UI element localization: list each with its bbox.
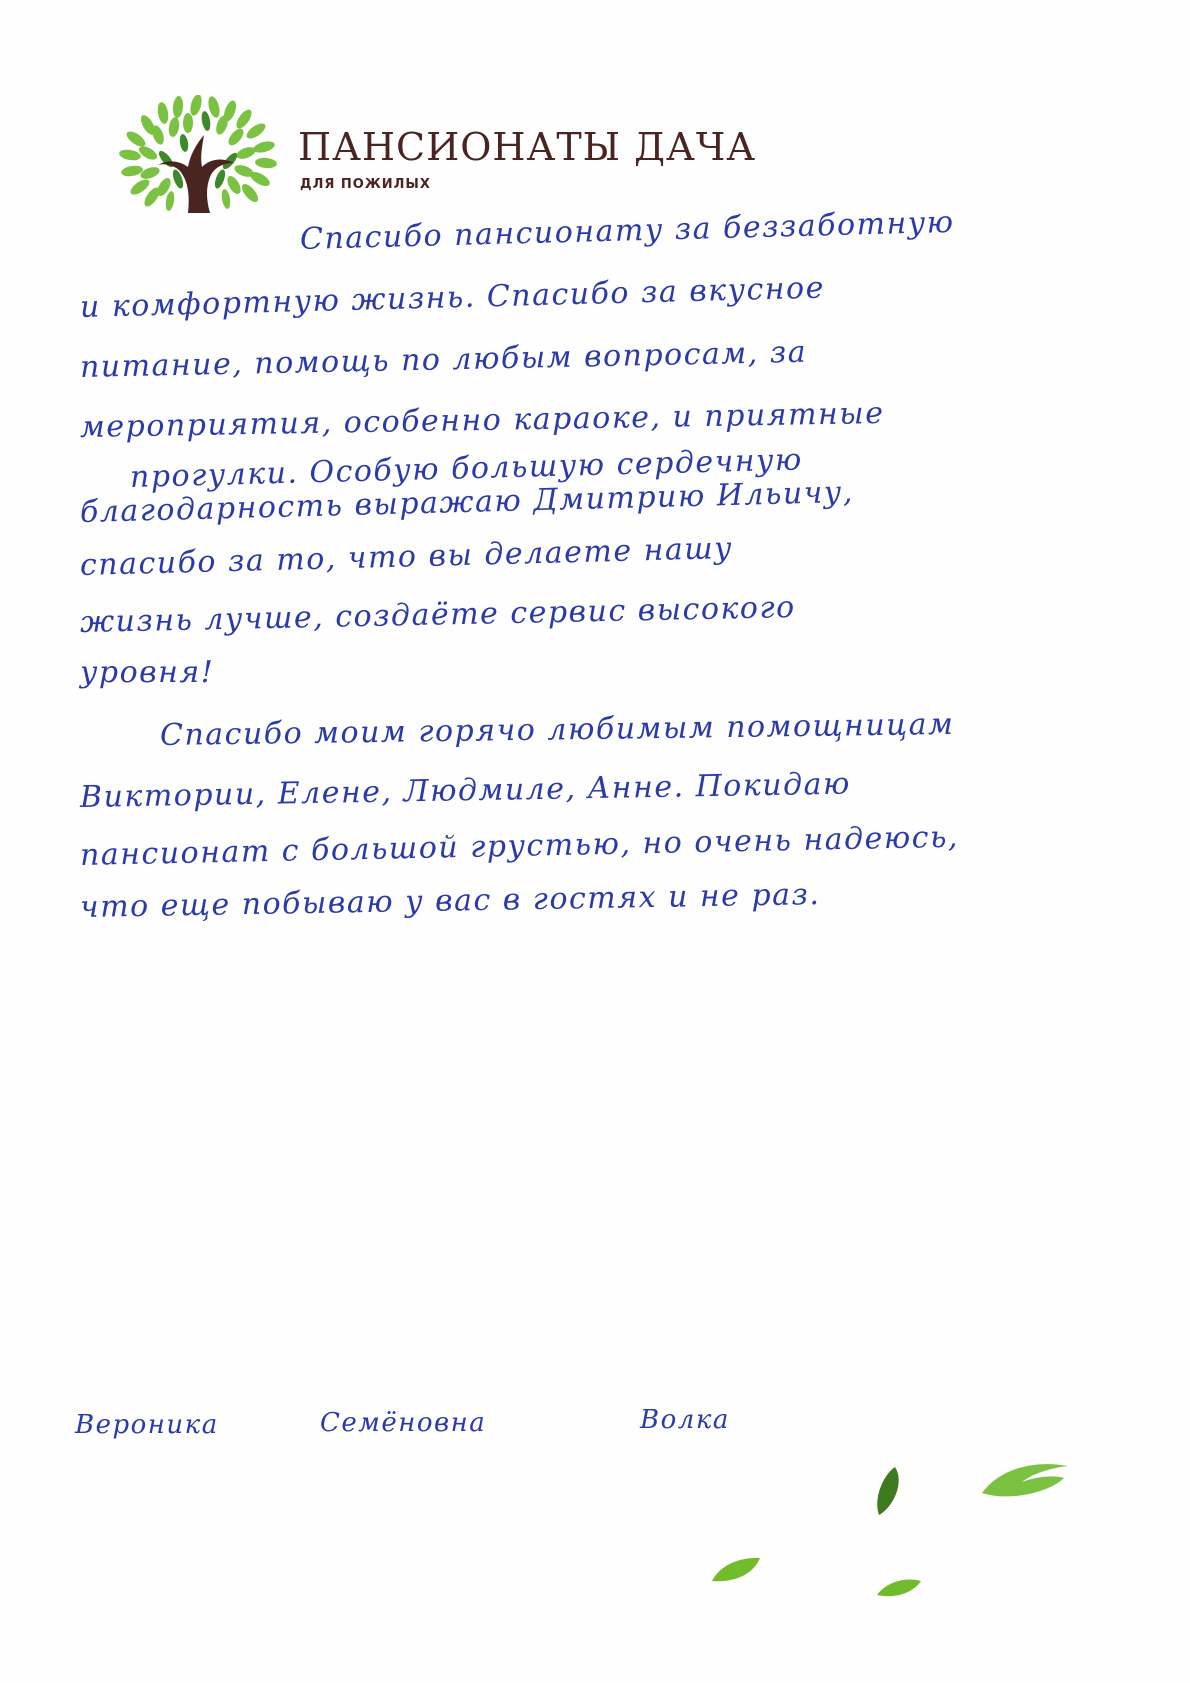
signature-patronymic: Семёновна	[320, 1408, 486, 1438]
leaf-icon	[980, 1460, 1070, 1505]
letter-line: Спасибо моим горячо любимым помощницам	[160, 707, 955, 753]
letter-page: ПАНСИОНАТЫ ДАЧА ДЛЯ ПОЖИЛЫХ Спасибо панс…	[0, 0, 1190, 1683]
leaf-icon	[875, 1575, 923, 1599]
letter-line: питание, помощь по любым вопросам, за	[80, 335, 808, 385]
letter-line: Виктории, Елене, Людмиле, Анне. Покидаю	[80, 767, 851, 815]
signature-mark: Волка	[640, 1405, 730, 1435]
letter-line: уровня!	[80, 655, 214, 690]
tree-logo-icon	[118, 95, 278, 213]
leaf-icon	[710, 1555, 762, 1583]
brand-title: ПАНСИОНАТЫ ДАЧА	[298, 125, 756, 169]
letter-line: что еще побываю у вас в гостях и не раз.	[80, 877, 821, 925]
leaf-icon	[875, 1465, 905, 1517]
letter-line: мероприятия, особенно караоке, и приятны…	[80, 396, 885, 445]
brand-subtitle: ДЛЯ ПОЖИЛЫХ	[300, 177, 431, 192]
letterhead-logo: ПАНСИОНАТЫ ДАЧА ДЛЯ ПОЖИЛЫХ	[118, 95, 718, 215]
signature-first-name: Вероника	[75, 1410, 219, 1440]
letter-line: пансионат с большой грустью, но очень на…	[80, 820, 960, 873]
letter-line: жизнь лучше, создаёте сервис высокого	[80, 590, 796, 640]
letter-line: спасибо за то, что вы делаете нашу	[80, 531, 734, 583]
letter-line: и комфортную жизнь. Спасибо за вкусное	[80, 271, 826, 325]
